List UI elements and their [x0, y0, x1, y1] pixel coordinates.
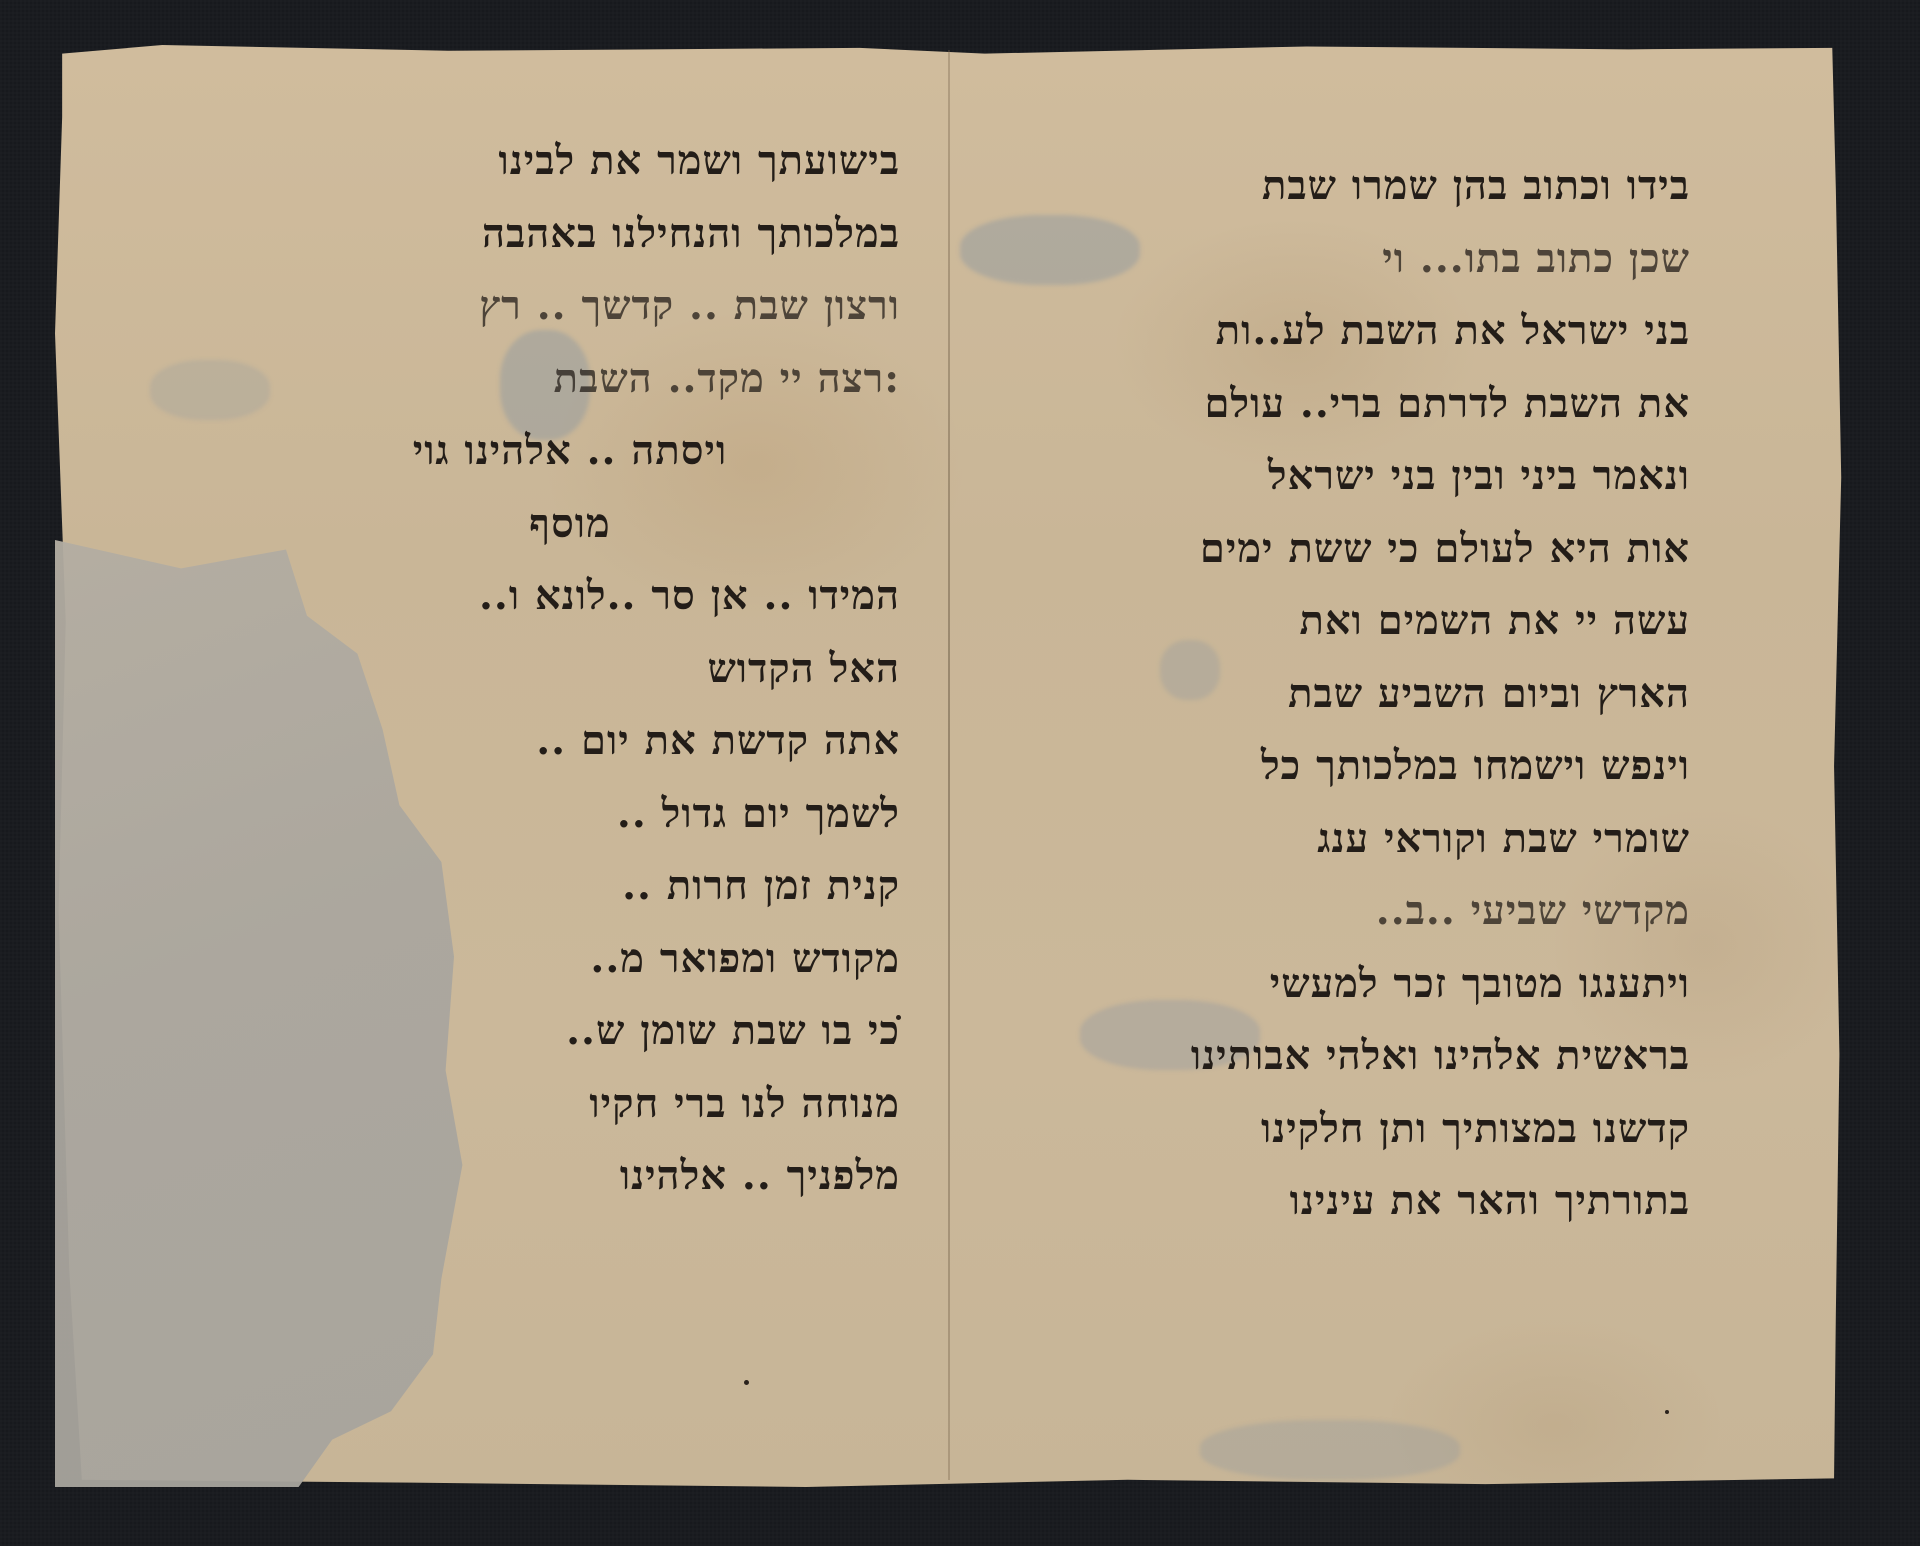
ink-dot: [896, 1015, 901, 1020]
text-line: כי בו שבת שומן ש..: [120, 995, 900, 1068]
right-text-column: בידו וכתוב בהן שמרו שבת שכן כתוב בתו... …: [990, 150, 1690, 1238]
text-line: ויסתה .. אלהינו גוי: [120, 415, 900, 488]
text-line: מנוחה לנו ברי חקיו: [120, 1068, 900, 1141]
text-line: בידו וכתוב בהן שמרו שבת: [990, 150, 1690, 223]
text-line: לשמך יום גדול ..: [120, 778, 900, 851]
section-heading: מוסף: [120, 488, 900, 561]
text-line: את השבת לדרתם ברי.. עולם: [990, 368, 1690, 441]
left-text-column: בישועתך ושמר את לבינו במלכותך והנחילנו ב…: [120, 125, 900, 1213]
text-line: הארץ וביום השביע שבת: [990, 658, 1690, 731]
text-line: :רצה יי מקד.. השבת: [120, 343, 900, 416]
text-line: בישועתך ושמר את לבינו: [120, 125, 900, 198]
text-line: בתורתיך והאר את עינינו: [990, 1165, 1690, 1238]
text-line: קדשנו במצותיך ותן חלקינו: [990, 1093, 1690, 1166]
text-line: ונאמר ביני ובין בני ישראל: [990, 440, 1690, 513]
text-line: ורצון שבת .. קדשך .. רץ: [120, 270, 900, 343]
ink-dot: [744, 1380, 749, 1385]
text-line: שכן כתוב בתו... וי: [990, 223, 1690, 296]
text-line: בני ישראל את השבת לע..ות: [990, 295, 1690, 368]
stain: [1200, 1420, 1460, 1480]
text-line: קנית זמן חרות ..: [120, 850, 900, 923]
text-line: אות היא לעולם כי ששת ימים: [990, 513, 1690, 586]
text-line: מקודש ומפואר מ..: [120, 923, 900, 996]
text-line: במלכותך והנחילנו באהבה: [120, 198, 900, 271]
text-line: מלפניך .. אלהינו: [120, 1140, 900, 1213]
text-line: ויתענגו מטובך זכר למעשי: [990, 948, 1690, 1021]
text-line: אתה קדשת את יום ..: [120, 705, 900, 778]
ink-dot: [1665, 1410, 1669, 1414]
text-line: המידו .. אן סר ..לונא ו..: [120, 560, 900, 633]
text-line: שומרי שבת וקוראי ענג: [990, 803, 1690, 876]
text-line: בראשית אלהינו ואלהי אבותינו: [990, 1020, 1690, 1093]
text-line: האל הקדוש: [120, 633, 900, 706]
text-line: עשה יי את השמים ואת: [990, 585, 1690, 658]
fold-line: [948, 50, 950, 1480]
text-line: מקדשי שביעי ..ב..: [990, 875, 1690, 948]
text-line: וינפש וישמחו במלכותך כל: [990, 730, 1690, 803]
